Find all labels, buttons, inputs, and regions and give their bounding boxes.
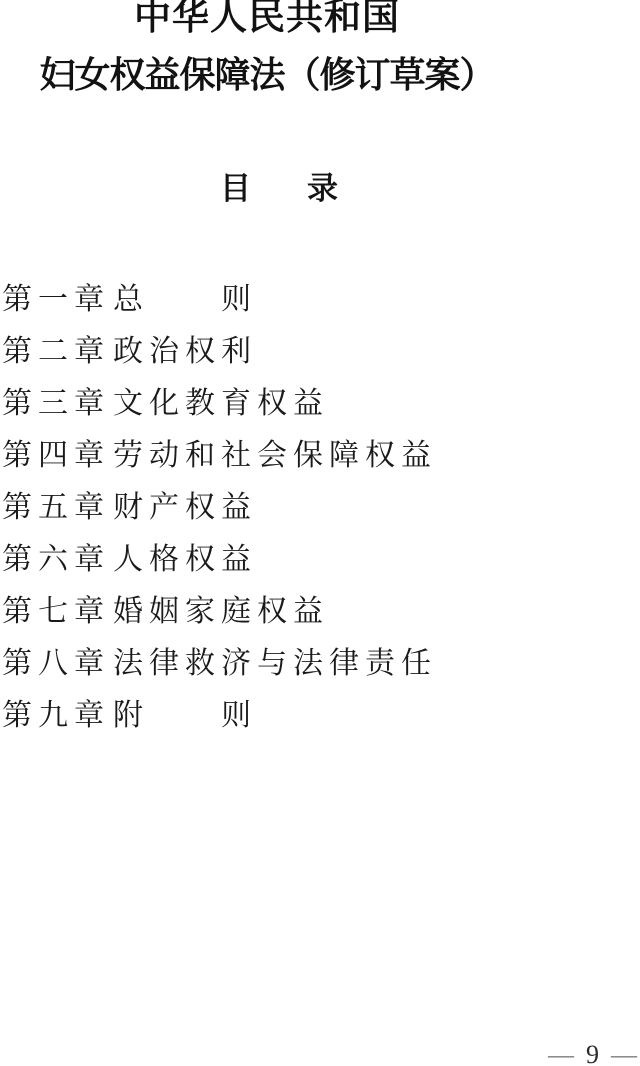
- chapter-number: 第六章: [2, 534, 113, 578]
- page-number-dash-left: —: [548, 1040, 574, 1066]
- toc-entry-8: 第八章 法律救济与法律责任: [2, 634, 437, 686]
- toc-heading: 目 录: [0, 171, 556, 207]
- toc-entry-1: 第一章 总 则: [2, 270, 437, 322]
- chapter-title: 政治权利: [113, 326, 437, 370]
- chapter-title: 人格权益: [113, 534, 437, 578]
- page-number-value: 9: [574, 1040, 611, 1066]
- toc-entry-7: 第七章 婚姻家庭权益: [2, 582, 437, 634]
- toc-entry-9: 第九章 附 则: [2, 686, 437, 738]
- chapter-number: 第二章: [2, 326, 113, 370]
- toc-entry-2: 第二章 政治权利: [2, 322, 437, 374]
- chapter-number: 第八章: [2, 638, 113, 682]
- chapter-number: 第七章: [2, 586, 113, 630]
- toc-entry-6: 第六章 人格权益: [2, 530, 437, 582]
- toc-list: 第一章 总 则 第二章 政治权利 第三章 文化教育权益 第四章 劳动和社会保障权…: [2, 270, 437, 738]
- chapter-title: 总 则: [113, 274, 437, 318]
- document-page: 中华人民共和国 妇女权益保障法（修订草案） 目 录 第一章 总 则 第二章 政治…: [0, 0, 640, 1066]
- chapter-title: 婚姻家庭权益: [113, 586, 437, 630]
- toc-entry-5: 第五章 财产权益: [2, 478, 437, 530]
- page-number-dash-right: —: [611, 1040, 637, 1066]
- chapter-title: 财产权益: [113, 482, 437, 526]
- toc-entry-4: 第四章 劳动和社会保障权益: [2, 426, 437, 478]
- chapter-title: 法律救济与法律责任: [113, 638, 437, 682]
- page-number: —9—: [548, 1040, 637, 1066]
- document-title: 中华人民共和国 妇女权益保障法（修订草案）: [0, 0, 534, 104]
- chapter-number: 第五章: [2, 482, 113, 526]
- chapter-number: 第三章: [2, 378, 113, 422]
- chapter-title: 文化教育权益: [113, 378, 437, 422]
- chapter-number: 第四章: [2, 430, 113, 474]
- chapter-number: 第九章: [2, 690, 113, 734]
- document-title-line2: 妇女权益保障法（修订草案）: [0, 46, 534, 104]
- document-title-line1: 中华人民共和国: [0, 0, 534, 46]
- chapter-number: 第一章: [2, 274, 113, 318]
- chapter-title: 劳动和社会保障权益: [113, 430, 437, 474]
- chapter-title: 附 则: [113, 690, 437, 734]
- toc-entry-3: 第三章 文化教育权益: [2, 374, 437, 426]
